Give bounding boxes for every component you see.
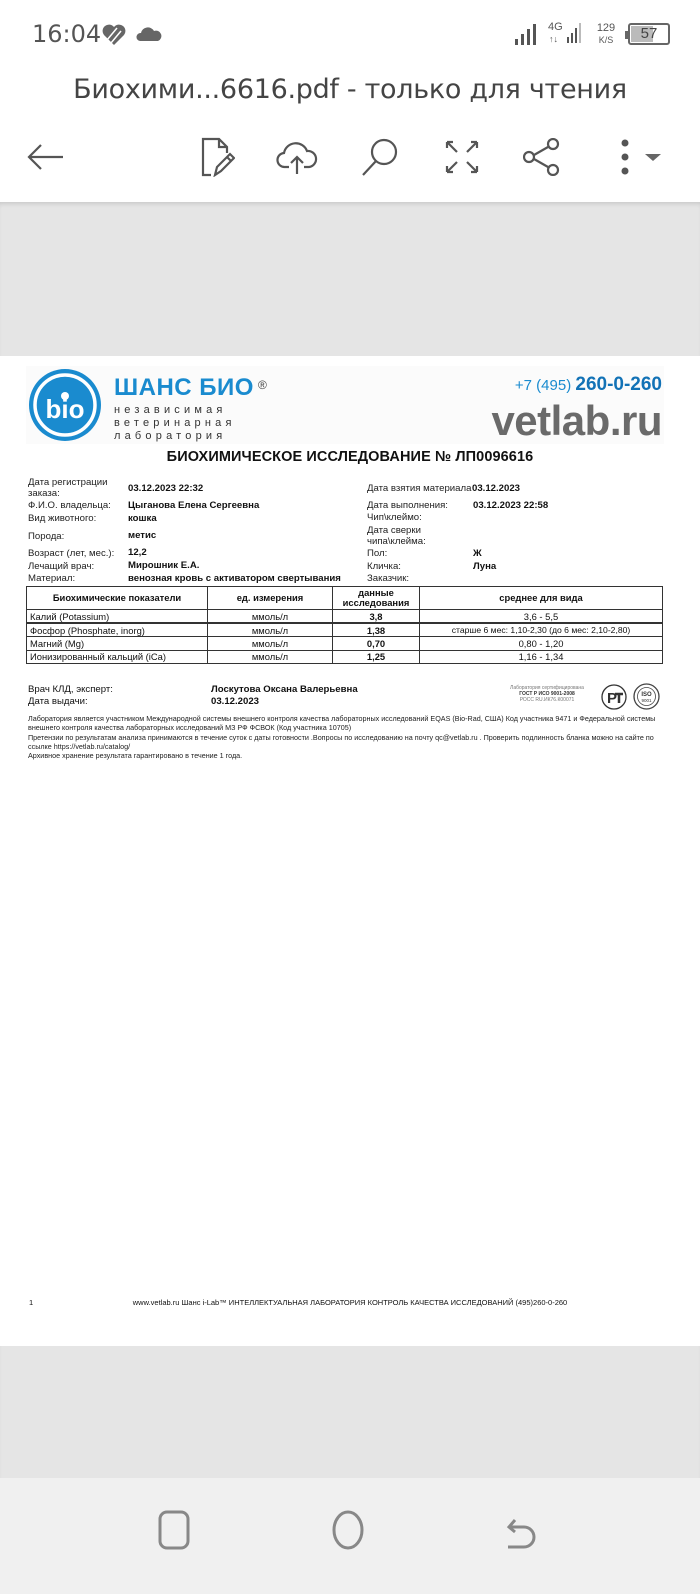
upload-button[interactable] bbox=[272, 132, 322, 182]
lab-notes: Лаборатория является участником Междунар… bbox=[28, 714, 668, 760]
back-button[interactable] bbox=[20, 132, 70, 182]
table-row: Калий (Potassium) ммоль/л 3,8 3,6 - 5,5 bbox=[27, 610, 663, 624]
lab-phone: +7 (495) 260-0-260 bbox=[515, 374, 662, 396]
results-table: Биохимические показатели ед. измерения д… bbox=[26, 586, 663, 664]
arrow-left-icon bbox=[25, 142, 65, 172]
table-header: Биохимические показатели ед. измерения д… bbox=[27, 587, 663, 610]
more-options-button[interactable] bbox=[608, 132, 672, 182]
share-button[interactable] bbox=[517, 132, 567, 182]
brand-tagline: независимая ветеринарная лаборатория bbox=[114, 404, 236, 443]
home-button[interactable] bbox=[326, 1508, 370, 1552]
edit-document-icon bbox=[199, 137, 235, 177]
letterhead: bio ШАНС БИО ® независимая ветеринарная … bbox=[26, 366, 664, 444]
page-number: 1 bbox=[29, 1298, 33, 1307]
report-title: БИОХИМИЧЕСКОЕ ИССЛЕДОВАНИЕ № ЛП0096616 bbox=[0, 449, 700, 465]
cloud-icon bbox=[136, 25, 162, 43]
edit-button[interactable] bbox=[192, 132, 242, 182]
bio-logo-icon: bio bbox=[28, 368, 102, 442]
table-row: Ионизированный кальций (iCa) ммоль/л 1,2… bbox=[27, 650, 663, 664]
registered-mark: ® bbox=[258, 378, 267, 392]
recents-button[interactable] bbox=[152, 1508, 196, 1552]
svg-text:Р: Р bbox=[607, 690, 617, 707]
heart-icon bbox=[101, 22, 127, 48]
app-bar: Биохими...6616.pdf - только для чтения bbox=[0, 70, 700, 202]
status-time: 16:04 bbox=[32, 20, 101, 48]
back-nav-button[interactable] bbox=[500, 1508, 544, 1552]
iso-badge-icon: ISO 9001 bbox=[633, 683, 660, 710]
search-button[interactable] bbox=[355, 132, 405, 182]
svg-text:9001: 9001 bbox=[641, 698, 652, 703]
battery-icon: 57 bbox=[628, 23, 670, 45]
table-row: Фосфор (Phosphate, inorg) ммоль/л 1,38 с… bbox=[27, 623, 663, 637]
share-icon bbox=[523, 138, 561, 176]
rostest-mark-icon: Р bbox=[601, 684, 627, 710]
toolbar bbox=[0, 132, 700, 182]
expand-icon bbox=[444, 139, 480, 175]
status-bar: 16:04 4G ↑↓ 129 K/S 57 bbox=[0, 0, 700, 70]
cloud-upload-icon bbox=[276, 139, 318, 175]
brand-name: ШАНС БИО bbox=[114, 374, 254, 402]
document-title: Биохими...6616.pdf - только для чтения bbox=[0, 74, 700, 105]
table-row: Магний (Mg) ммоль/л 0,70 0,80 - 1,20 bbox=[27, 637, 663, 651]
svg-text:bio: bio bbox=[46, 394, 85, 424]
back-icon bbox=[506, 1510, 538, 1550]
search-icon bbox=[360, 137, 400, 177]
mobile-signal-icon: 4G ↑↓ bbox=[548, 22, 584, 46]
more-vertical-icon bbox=[615, 138, 665, 176]
home-icon bbox=[332, 1510, 364, 1550]
pdf-page[interactable]: bio ШАНС БИО ® независимая ветеринарная … bbox=[0, 356, 700, 1346]
certification-text: Лаборатория сертифицирована ГОСТ Р ИСО 9… bbox=[497, 685, 597, 703]
network-speed: 129 K/S bbox=[594, 22, 618, 46]
lab-website: vetlab.ru bbox=[491, 398, 662, 444]
page-footer: www.vetlab.ru Шанс i-Lab™ ИНТЕЛЛЕКТУАЛЬН… bbox=[0, 1298, 700, 1307]
signal-icon bbox=[514, 23, 538, 45]
fullscreen-button[interactable] bbox=[437, 132, 487, 182]
recents-icon bbox=[158, 1510, 190, 1550]
